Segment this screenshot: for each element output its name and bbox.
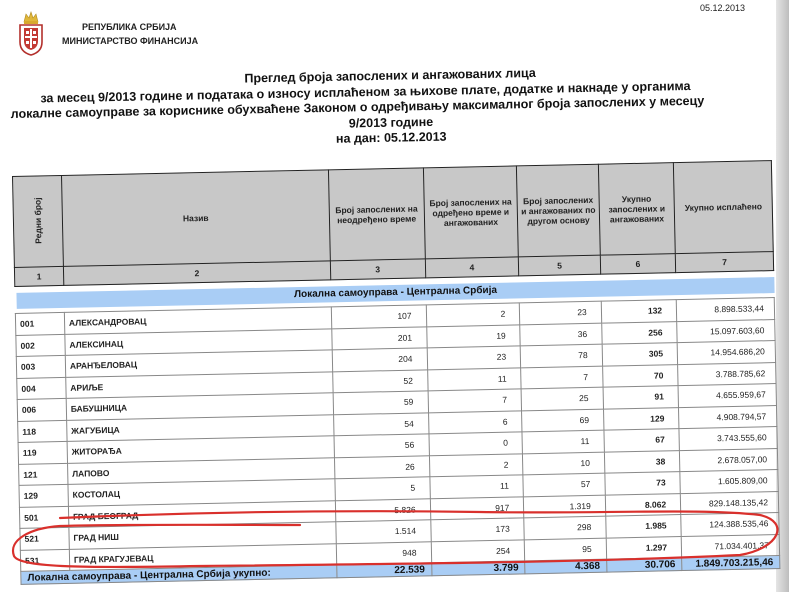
report-table-container: Редни број Назив Број запослених на неод… [12,160,780,585]
row-total-staff: 1.297 [606,536,682,559]
row-fixed-term: 19 [426,324,520,347]
row-ordinal: 002 [16,334,65,357]
republic-name: РЕПУБЛИКА СРБИЈА [62,20,198,34]
row-total-staff: 70 [602,364,678,387]
document-page: РЕПУБЛИКА СРБИЈА МИНИСТАРСТВО ФИНАНСИЈА … [0,0,776,592]
row-total-staff: 132 [601,300,677,323]
row-permanent: 107 [331,305,426,328]
column-number: 6 [600,254,676,275]
row-ordinal: 003 [16,355,65,378]
row-total-paid: 15.097.603,60 [677,319,775,343]
column-number: 4 [425,257,519,278]
row-permanent: 5 [335,477,430,500]
row-total-staff: 8.062 [605,493,681,516]
report-title: Преглед броја запослених и ангажованих л… [10,61,771,153]
row-other-basis: 57 [523,473,605,496]
row-permanent: 201 [332,326,427,349]
row-total-paid: 3.788.785,62 [678,362,776,386]
row-total-paid: 4.908.794,57 [679,405,777,429]
row-ordinal: 119 [18,441,67,464]
row-total-staff: 67 [604,429,680,452]
row-total-staff: 73 [605,472,681,495]
row-ordinal: 129 [19,484,68,507]
row-total-staff: 129 [603,407,679,430]
row-other-basis: 78 [520,344,602,367]
row-total-paid: 1.605.809,00 [680,470,778,494]
row-total-paid: 14.954.686,20 [677,341,775,365]
row-permanent: 1.514 [336,520,431,543]
row-fixed-term: 23 [427,346,521,369]
row-ordinal: 118 [18,420,67,443]
total-other-basis: 4.368 [525,559,607,574]
row-total-staff: 305 [602,343,678,366]
row-fixed-term: 254 [431,539,525,562]
total-staff: 30.706 [606,558,682,573]
total-fixed-term: 3.799 [431,561,525,576]
column-number: 1 [14,266,63,286]
row-ordinal: 001 [15,312,64,335]
column-header-fixed-term: Број запослених на одређено време и анга… [423,166,519,259]
column-number: 5 [519,255,601,276]
row-other-basis: 25 [521,387,603,410]
row-total-staff: 91 [603,386,679,409]
column-header-name: Назив [61,170,330,267]
row-other-basis: 36 [520,323,602,346]
row-other-basis: 7 [521,366,603,389]
column-header-total-staff: Укупно запослених и ангажованих [598,163,675,256]
row-permanent: 26 [334,455,429,478]
table-header: Редни број Назив Број запослених на неод… [12,160,774,287]
column-number: 3 [330,259,425,280]
row-total-paid: 4.655.959,67 [678,384,776,408]
row-permanent: 948 [336,541,431,564]
coat-of-arms-icon [16,10,46,56]
row-fixed-term: 0 [429,432,523,455]
row-fixed-term: 917 [430,496,524,519]
row-ordinal: 004 [17,377,66,400]
row-fixed-term: 2 [426,303,520,326]
row-fixed-term: 173 [430,518,524,541]
row-other-basis: 10 [523,452,605,475]
row-other-basis: 23 [520,301,602,324]
row-total-paid: 124.388.535,46 [681,513,779,537]
ministry-name: МИНИСТАРСТВО ФИНАНСИЈА [62,34,198,48]
row-permanent: 204 [332,348,427,371]
row-ordinal: 501 [19,506,68,529]
row-ordinal: 521 [20,527,69,550]
row-total-staff: 256 [601,321,677,344]
row-other-basis: 1.319 [524,495,606,518]
row-permanent: 56 [334,434,429,457]
column-header-total-paid: Укупно исплаћено [674,161,774,254]
column-header-other-basis: Број запослених и ангажованих по другом … [517,164,600,257]
row-fixed-term: 6 [428,410,522,433]
row-total-paid: 829.148.135,42 [680,491,778,515]
column-header-permanent: Број запослених на неодређено време [328,168,425,261]
row-fixed-term: 2 [429,453,523,476]
column-number: 7 [675,252,773,273]
row-total-paid: 71.034.401,37 [681,534,779,558]
row-other-basis: 298 [524,516,606,539]
row-fixed-term: 11 [429,475,523,498]
row-total-paid: 8.898.533,44 [676,298,774,322]
row-other-basis: 69 [522,409,604,432]
row-permanent: 54 [333,412,428,435]
row-fixed-term: 7 [428,389,522,412]
row-total-paid: 2.678.057,00 [680,448,778,472]
row-ordinal: 531 [20,549,69,572]
total-permanent: 22.539 [337,563,432,578]
row-ordinal: 006 [17,398,66,421]
row-other-basis: 11 [522,430,604,453]
row-total-staff: 1.985 [606,515,682,538]
print-date: 05.12.2013 [700,3,745,13]
row-permanent: 5.826 [335,498,430,521]
row-fixed-term: 11 [427,367,521,390]
column-header-ordinal: Редни број [13,175,64,267]
row-total-staff: 38 [604,450,680,473]
row-other-basis: 95 [524,538,606,561]
row-total-paid: 3.743.555,60 [679,427,777,451]
total-paid: 1.849.703.215,46 [682,556,780,571]
row-permanent: 52 [332,369,427,392]
organization-header: РЕПУБЛИКА СРБИЈА МИНИСТАРСТВО ФИНАНСИЈА [62,20,198,48]
row-permanent: 59 [333,391,428,414]
data-rows: 001АЛЕКСАНДРОВАЦ1072231328.898.533,44002… [15,297,781,585]
row-ordinal: 121 [19,463,68,486]
